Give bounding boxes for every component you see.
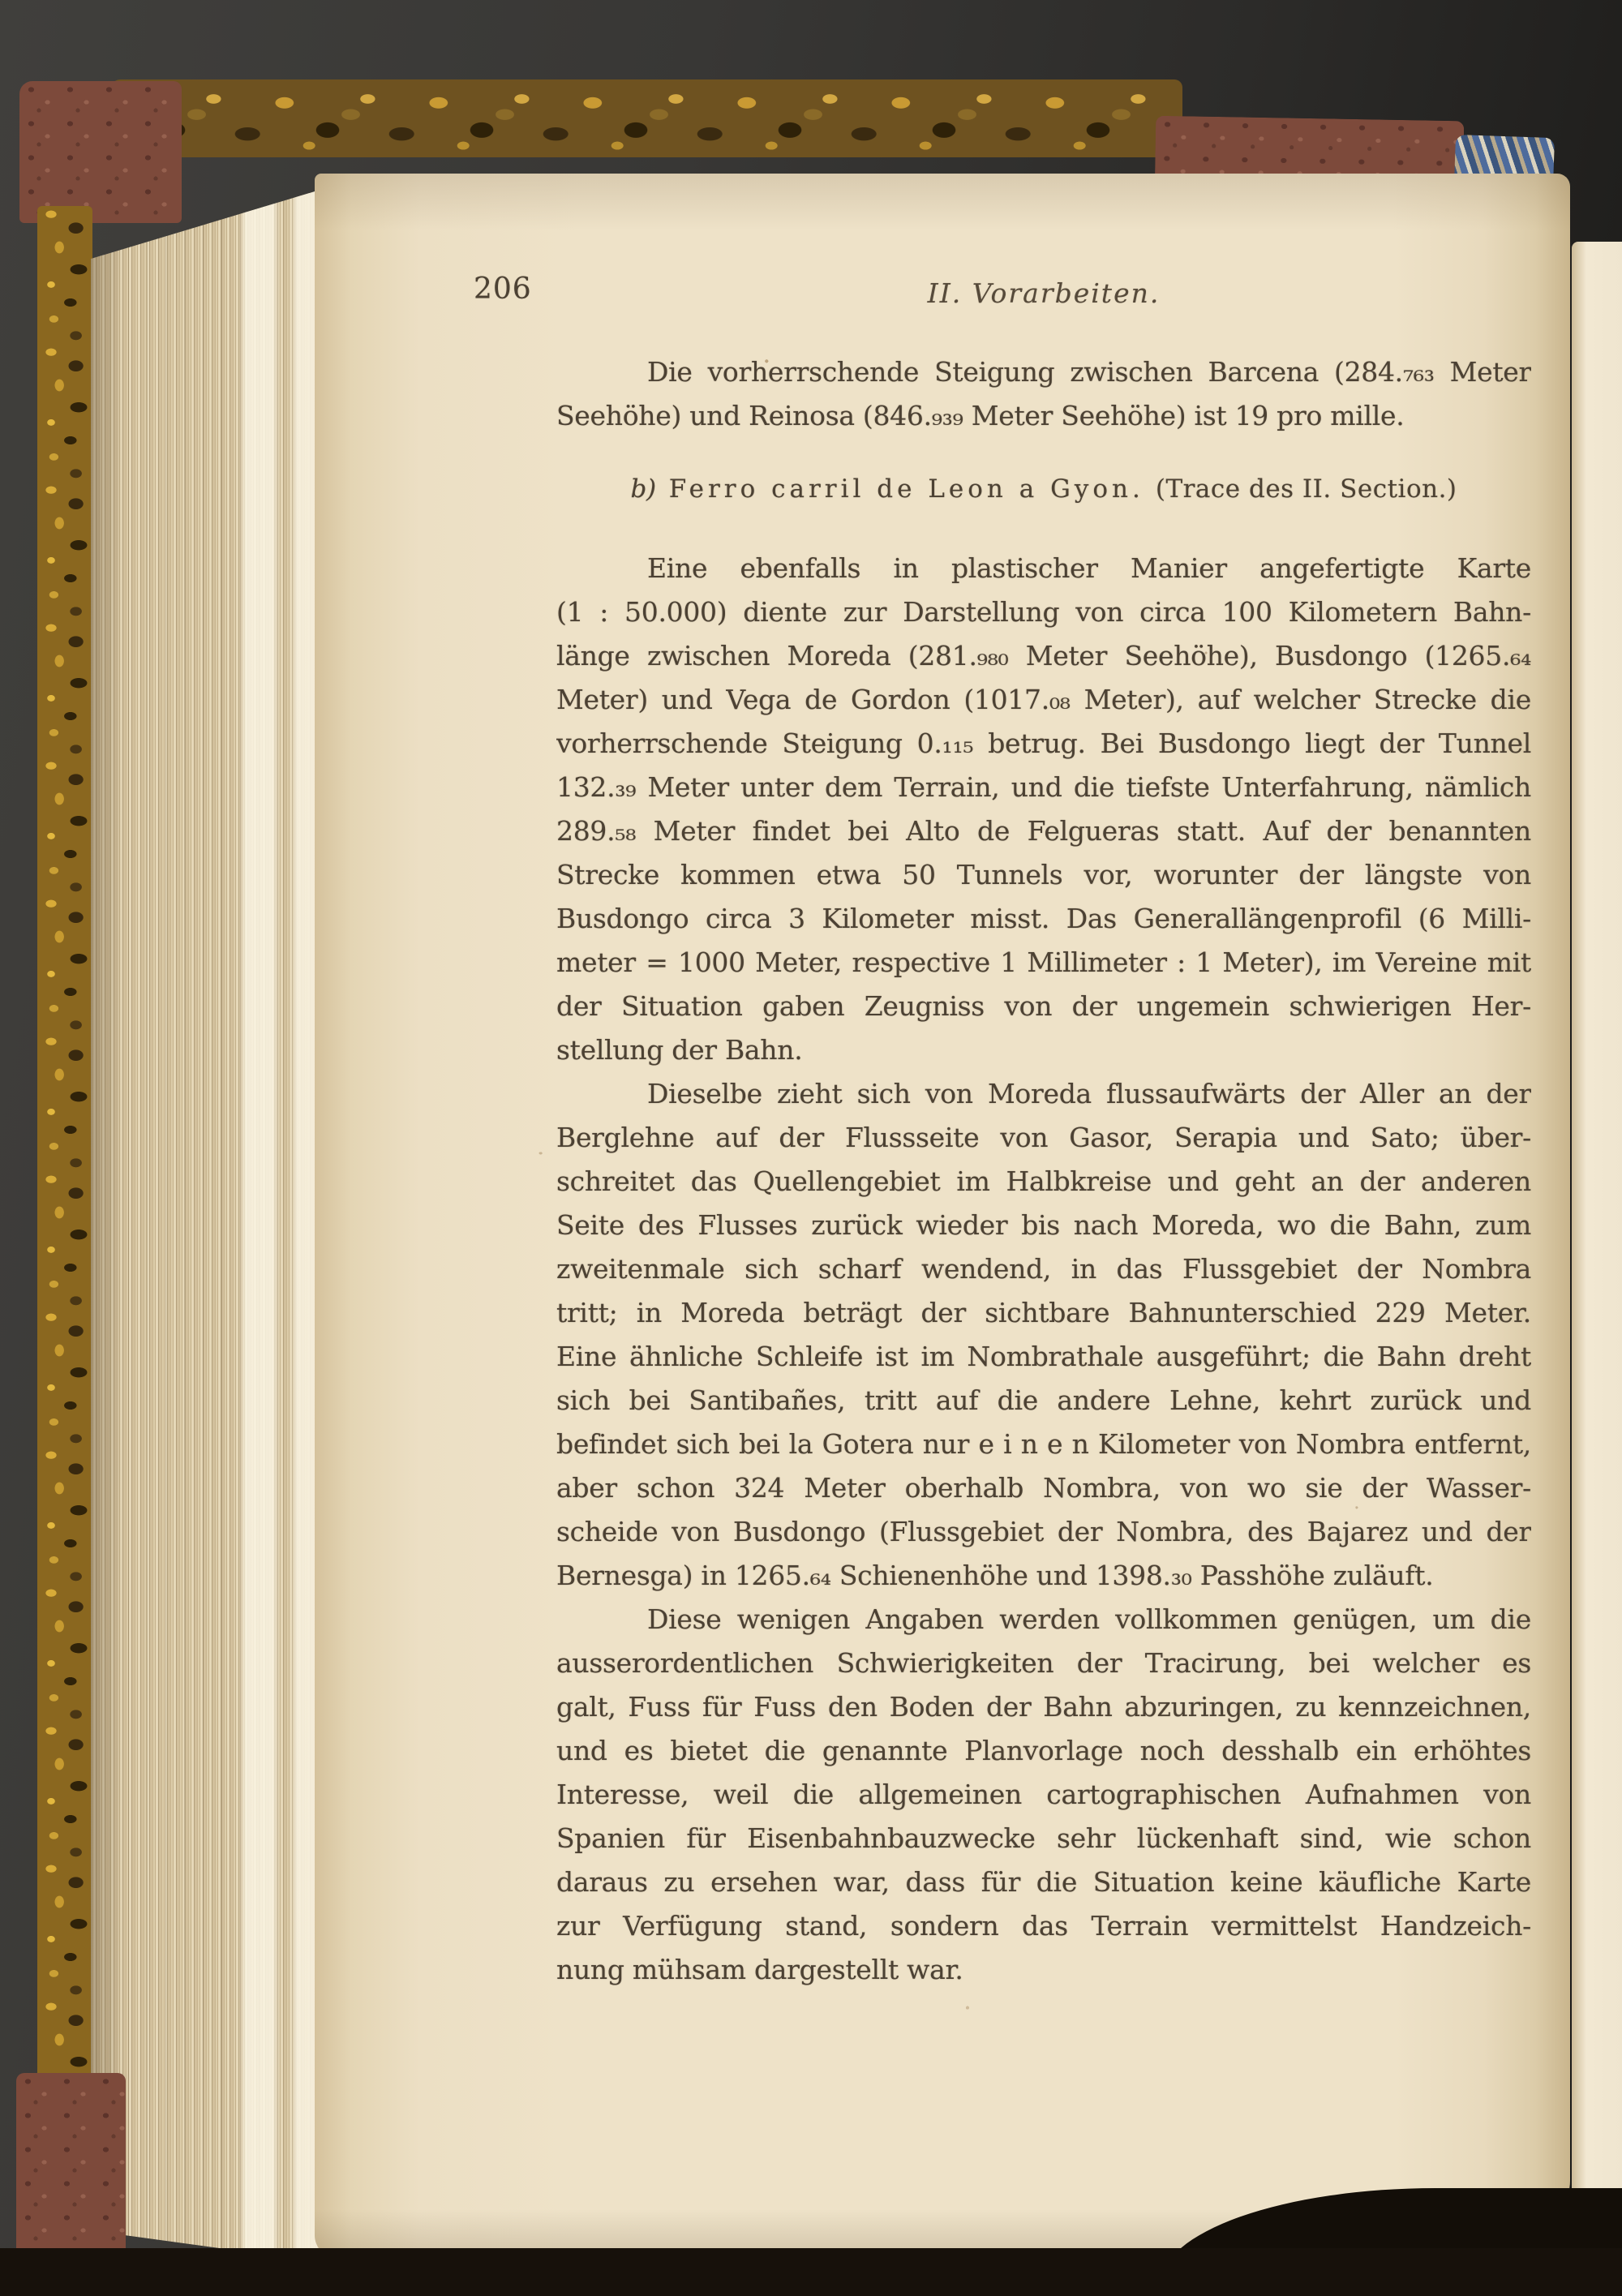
text-line: Seehöhe) und Reinosa (846.₉₃₉ Meter Seeh… — [556, 394, 1531, 438]
text-line: Busdongo circa 3 Kilometer misst. Das Ge… — [556, 897, 1531, 941]
book-page: 206 II. Vorarbeiten. Die vorherrschende … — [315, 174, 1570, 2258]
text-line: zur Verfügung stand, sondern das Terrain… — [556, 1904, 1531, 1948]
text-line: aber schon 324 Meter oberhalb Nombra, vo… — [556, 1466, 1531, 1510]
scanned-book-page: 206 II. Vorarbeiten. Die vorherrschende … — [0, 0, 1622, 2296]
text-line: Interesse, weil die allgemeinen cartogra… — [556, 1773, 1531, 1817]
next-page-edge — [1572, 242, 1622, 2204]
text-line: Spanien für Eisenbahnbauzwecke sehr lück… — [556, 1817, 1531, 1860]
text-line: zweitenmale sich scharf wendend, in das … — [556, 1247, 1531, 1291]
text-line: 132.₃₉ Meter unter dem Terrain, und die … — [556, 766, 1531, 809]
text-line: stellung der Bahn. — [556, 1028, 1531, 1072]
paragraph-1: Die vorherrschende Steigung zwischen Bar… — [556, 350, 1531, 438]
text-line: daraus zu ersehen war, dass für die Situ… — [556, 1860, 1531, 1904]
text-line: Berglehne auf der Flussseite von Gasor, … — [556, 1116, 1531, 1160]
section-heading-marker: b) — [630, 474, 655, 504]
book-bottom-shadow — [0, 2248, 1622, 2296]
text-line: Eine ebenfalls in plastischer Manier ang… — [556, 547, 1531, 590]
text-line: schreitet das Quellengebiet im Halbkreis… — [556, 1160, 1531, 1204]
text-line: befindet sich bei la Gotera nur e i n e … — [556, 1423, 1531, 1466]
body-text: Die vorherrschende Steigung zwischen Bar… — [556, 350, 1531, 1992]
text-line: galt, Fuss für Fuss den Boden der Bahn a… — [556, 1685, 1531, 1729]
book-top-marbled-edge — [112, 79, 1182, 157]
marbled-cover-edge-left — [37, 206, 92, 2209]
text-line: Bernesga) in 1265.₆₄ Schienenhöhe und 13… — [556, 1554, 1531, 1598]
text-line: Seite des Flusses zurück wieder bis nach… — [556, 1204, 1531, 1247]
page-content: 206 II. Vorarbeiten. Die vorherrschende … — [315, 174, 1570, 2258]
text-line: nung mühsam dargestellt war. — [556, 1948, 1531, 1992]
text-line: länge zwischen Moreda (281.₉₈₀ Meter See… — [556, 634, 1531, 678]
text-line: meter = 1000 Meter, respective 1 Millime… — [556, 941, 1531, 985]
text-line: 289.₅₈ Meter findet bei Alto de Felguera… — [556, 809, 1531, 853]
paragraph-2: Eine ebenfalls in plastischer Manier ang… — [556, 547, 1531, 1072]
paragraph-3: Dieselbe zieht sich von Moreda flussaufw… — [556, 1072, 1531, 1598]
text-line: Meter) und Vega de Gordon (1017.₀₈ Meter… — [556, 678, 1531, 722]
text-line: sich bei Santibañes, tritt auf die ander… — [556, 1379, 1531, 1423]
text-line: tritt; in Moreda beträgt der sichtbare B… — [556, 1291, 1531, 1335]
text-line: vorherrschende Steigung 0.₁₁₅ betrug. Be… — [556, 722, 1531, 766]
paragraph-4: Diese wenigen Angaben werden vollkommen … — [556, 1598, 1531, 1992]
section-heading-note: (Trace des II. Section.) — [1156, 474, 1457, 504]
text-line: ausserordentlichen Schwierigkeiten der T… — [556, 1642, 1531, 1685]
text-line: Diese wenigen Angaben werden vollkommen … — [556, 1598, 1531, 1642]
text-line: scheide von Busdongo (Flussgebiet der No… — [556, 1510, 1531, 1554]
text-line: Strecke kommen etwa 50 Tunnels vor, woru… — [556, 853, 1531, 897]
section-heading-title: Ferro carril de Leon a Gyon. — [669, 474, 1144, 504]
section-heading: b)Ferro carril de Leon a Gyon.(Trace des… — [556, 467, 1531, 511]
text-line: (1 : 50.000) diente zur Darstellung von … — [556, 590, 1531, 634]
leather-corner-top-left — [19, 81, 182, 223]
text-line: Dieselbe zieht sich von Moreda flussaufw… — [556, 1072, 1531, 1116]
text-line: Die vorherrschende Steigung zwischen Bar… — [556, 350, 1531, 394]
text-line: Eine ähnliche Schleife ist im Nombrathal… — [556, 1335, 1531, 1379]
text-line: der Situation gaben Zeugniss von der ung… — [556, 985, 1531, 1028]
text-line: und es bietet die genannte Planvorlage n… — [556, 1729, 1531, 1773]
page-fore-edges-stack — [91, 182, 320, 2266]
page-number: 206 — [474, 273, 532, 306]
running-header: II. Vorarbeiten. — [556, 277, 1531, 309]
